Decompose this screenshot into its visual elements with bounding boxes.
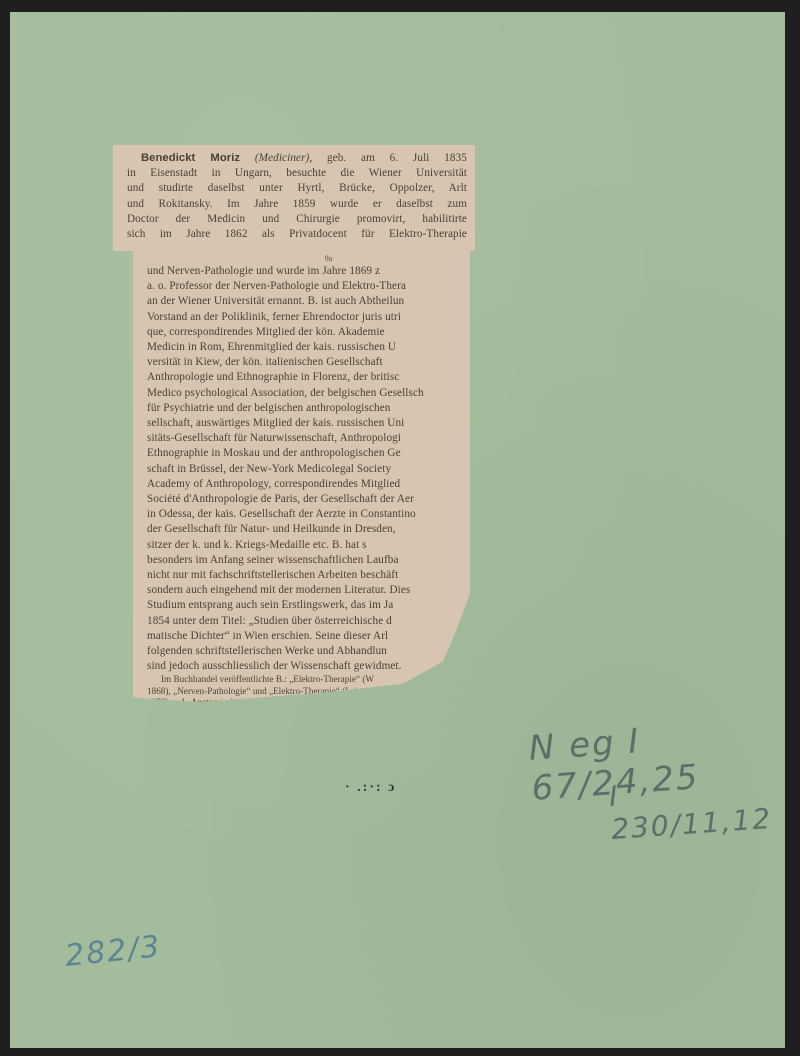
clipping-heading-line: Benedickt Moriz (Mediciner), geb. am 6. … — [127, 151, 467, 166]
clipping-line: besonders im Anfang seiner wissenschaftl… — [147, 553, 470, 568]
clipping-line: Studium entsprang auch sein Erstlingswer… — [147, 598, 470, 613]
clipping-line: Société d'Anthropologie de Paris, der Ge… — [147, 492, 470, 507]
clipping-line: Vorstand an der Poliklinik, ferner Ehren… — [147, 310, 470, 325]
bibliography-line: 1876) und „Anatomische Studien am Verbre… — [147, 697, 470, 702]
clipping-line: der Gesellschaft für Natur- und Heilkund… — [147, 522, 470, 537]
clipping-line: sondern auch eingehend mit der modernen … — [147, 583, 470, 598]
shelfmark-line-2: I 230/11,12 — [608, 768, 787, 846]
clipping-line: Anthropologie und Ethnographie in Floren… — [147, 370, 470, 385]
clipping-line: versität in Kiew, der kön. italienischen… — [147, 355, 470, 370]
archival-mount-sheet: Benedickt Moriz (Mediciner), geb. am 6. … — [10, 12, 785, 1048]
clipping-line: Doctor der Medicin und Chirurgie promovi… — [127, 212, 467, 227]
ink-marks: · .:·: ɔ — [345, 780, 396, 796]
clipping-line: und Nerven-Pathologie und wurde im Jahre… — [147, 264, 470, 279]
entry-name: Benedickt Moriz — [127, 152, 240, 164]
entry-role: (Mediciner), — [255, 152, 312, 164]
clipping-line: Academy of Anthropology, correspondirend… — [147, 477, 470, 492]
clipping-line: Medicin in Rom, Ehrenmitglied der kais. … — [147, 340, 470, 355]
clipping-body-piece: 9a und Nerven-Pathologie und wurde im Ja… — [133, 250, 470, 702]
entry-birth: geb. am 6. Juli 1835 — [327, 152, 467, 164]
clipping-line: Ethnographie in Moskau und der anthropol… — [147, 446, 470, 461]
page-mark: 9a — [147, 254, 470, 264]
clipping-line: que, correspondirendes Mitglied der kön.… — [147, 325, 470, 340]
clipping-line: a. o. Professor der Nerven-Pathologie un… — [147, 279, 470, 294]
clipping-line: matische Dichter“ in Wien erschien. Sein… — [147, 629, 470, 644]
clipping-line: in Eisenstadt in Ungarn, besuchte die Wi… — [127, 166, 467, 181]
bibliography-line: 1868), „Nerven-Pathologie“ und „Elektro-… — [147, 686, 470, 698]
clipping-line: sellschaft, auswärtiges Mitglied der kai… — [147, 416, 470, 431]
clipping-line: nicht nur mit fachschriftstellerischen A… — [147, 568, 470, 583]
clipping-line: sitäts-Gesellschaft für Naturwissenschaf… — [147, 431, 470, 446]
clipping-line: in Odessa, der kais. Gesellschaft der Ae… — [147, 507, 470, 522]
clipping-line: für Psychiatrie und der belgischen anthr… — [147, 401, 470, 416]
archive-number: 282/3 — [63, 929, 163, 974]
clipping-line: sitzer der k. und k. Kriegs-Medaille etc… — [147, 538, 470, 553]
clipping-line: folgenden schriftstellerischen Werke und… — [147, 644, 470, 659]
clipping-line: sich im Jahre 1862 als Privatdocent für … — [127, 227, 467, 242]
clipping-line: 1854 unter dem Titel: „Studien über öste… — [147, 614, 470, 629]
clipping-line: und studirte daselbst unter Hyrtl, Brück… — [127, 181, 467, 196]
clipping-line: und Rokitansky. Im Jahre 1859 wurde er d… — [127, 197, 467, 212]
clipping-line: Medico psychological Association, der be… — [147, 386, 470, 401]
clipping-line: sind jedoch ausschliesslich der Wissensc… — [147, 659, 470, 674]
clipping-line: an der Wiener Universität ernannt. B. is… — [147, 294, 470, 309]
clipping-top-piece: Benedickt Moriz (Mediciner), geb. am 6. … — [113, 145, 475, 251]
clipping-line: schaft in Brüssel, der New-York Medicole… — [147, 462, 470, 477]
bibliography-line: Im Buchhandel veröffentlichte B.: „Elekt… — [147, 674, 470, 686]
